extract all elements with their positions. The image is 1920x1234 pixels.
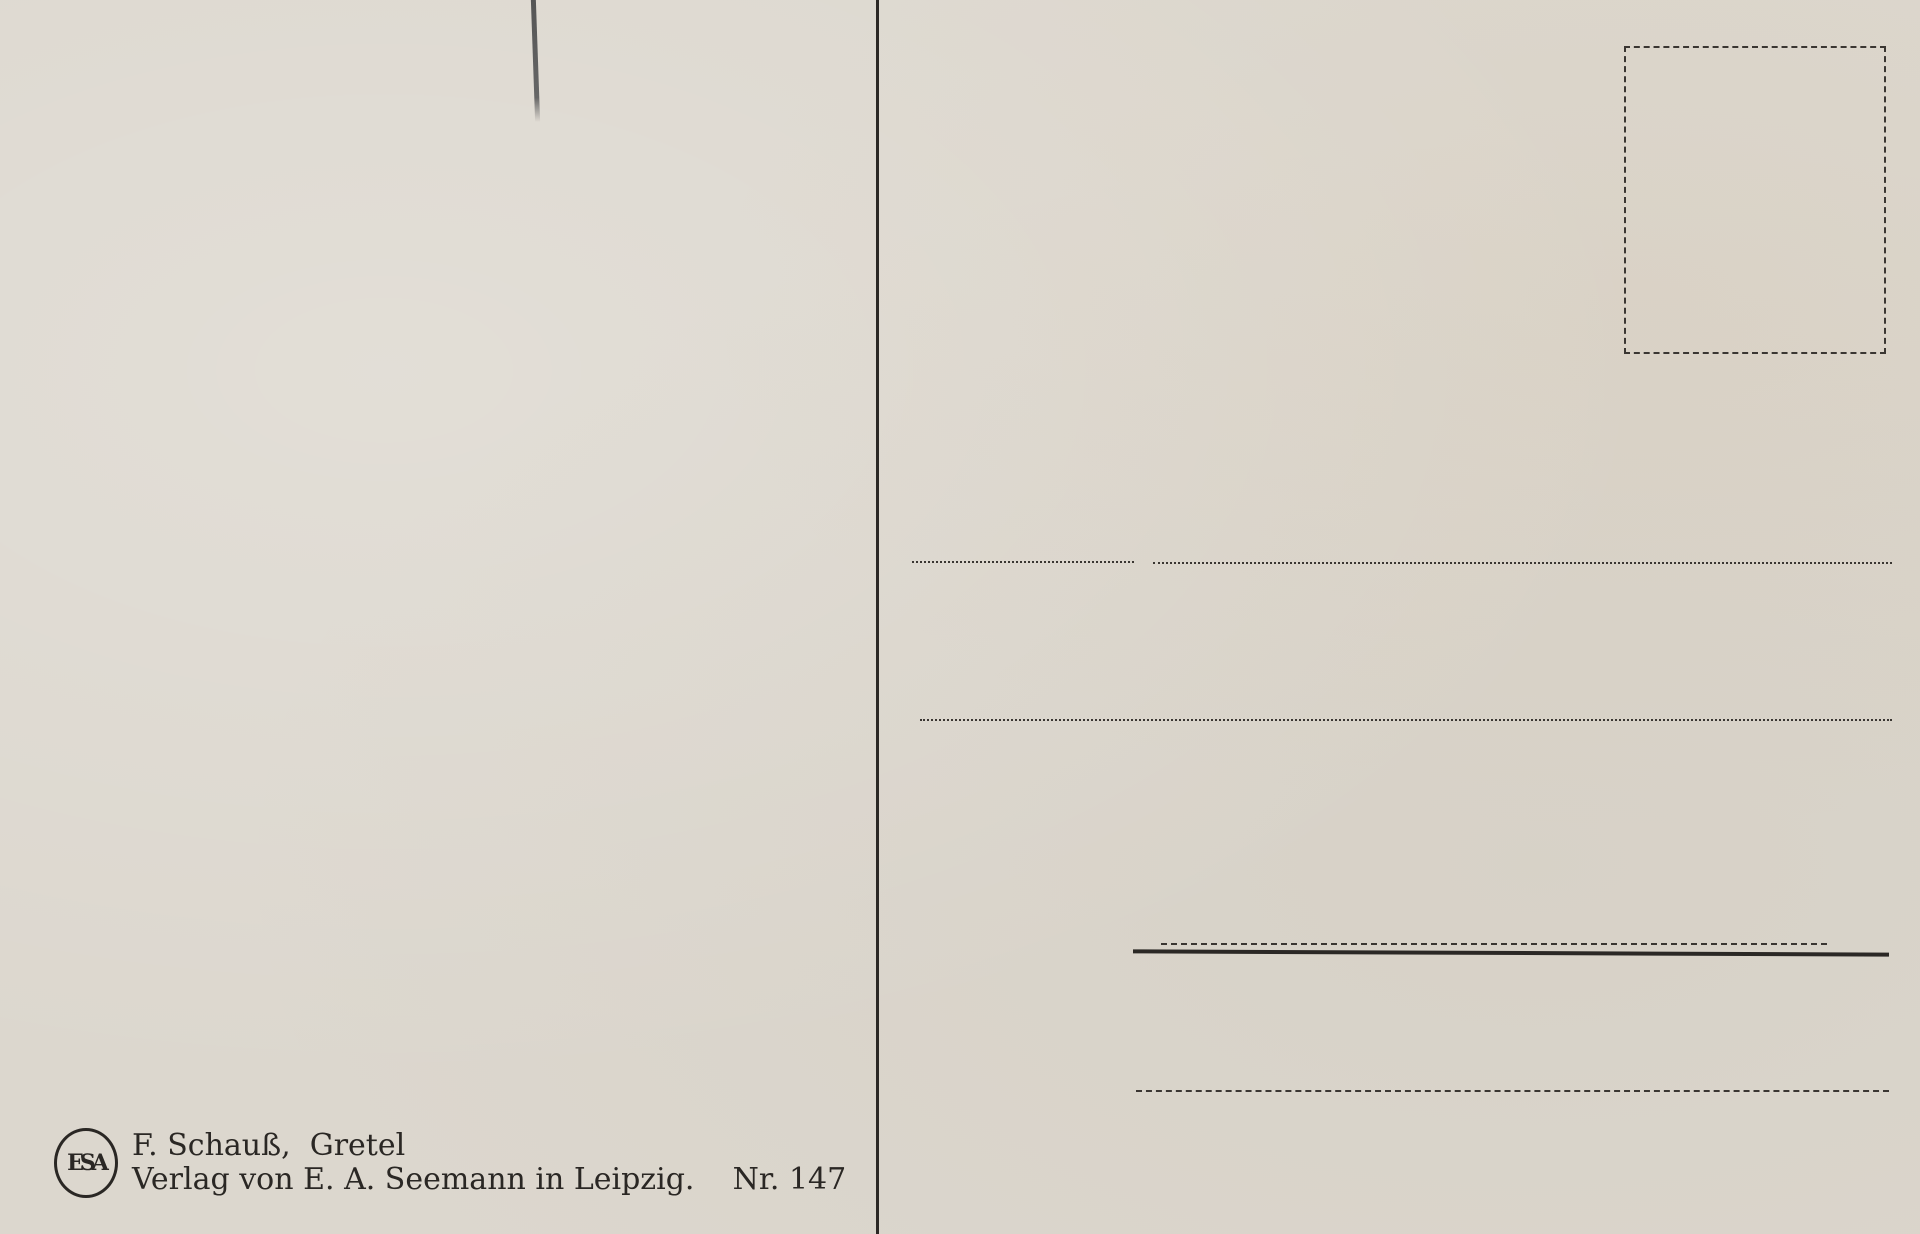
publisher-line: Verlag von E. A. Seemann in Leipzig. Nr.… [132,1163,846,1197]
address-line-1a [912,561,1134,563]
address-line-2 [920,719,1892,721]
postcard-back: ESA F. Schauß, Gretel Verlag von E. A. S… [0,0,1920,1234]
publisher-imprint: ESA F. Schauß, Gretel Verlag von E. A. S… [54,1128,846,1198]
artwork-credit: F. Schauß, Gretel [132,1129,846,1163]
publisher-logo-icon: ESA [54,1128,118,1198]
address-line-1b [1153,562,1892,564]
pen-mark [531,0,540,122]
address-line-4 [1136,1090,1889,1092]
stamp-placement-box [1624,46,1886,354]
center-divider-line [876,0,879,1234]
address-line-3-solid [1133,949,1889,956]
address-line-3-dashed [1161,943,1827,945]
